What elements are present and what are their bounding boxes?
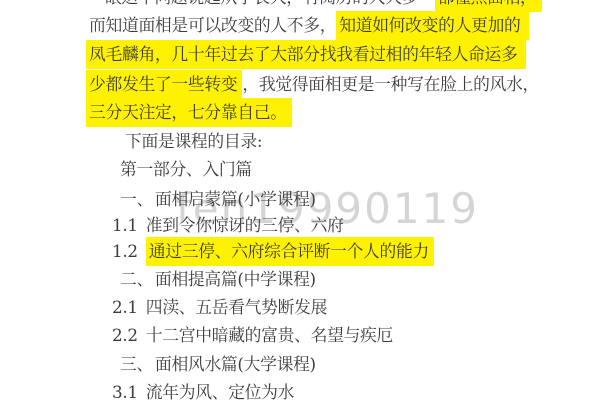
toc-intro-text: 下面是课程的目录: [125, 131, 262, 151]
toc-item-number: 1.1 [112, 214, 138, 236]
paragraph-line-2: 而知道面相是可以改变的人不多，知道如何改变的人更加的 [89, 14, 529, 36]
toc-section-label: 二、 [120, 268, 153, 290]
toc-section-text: 面相启蒙篇(小学课程) [155, 189, 316, 209]
toc-item-number: 1.2 [112, 240, 138, 262]
toc-part1-text: 第一部分、入门篇 [120, 159, 252, 179]
paragraph-line-3: 凤毛麟角，几十年过去了大部分找我看过相的年轻人命运多 [86, 43, 526, 65]
toc-item-2-2: 2.2十二宫中暗藏的富贵、名望与疾厄 [112, 324, 393, 346]
paragraph-line-4-text: ，我觉得面相更是一种写在脸上的风水， [242, 74, 539, 94]
highlighted-text: 凤毛麟角，几十年过去了大部分找我看过相的年轻人命运多 [86, 40, 526, 69]
toc-item-text: 十二宫中暗藏的富贵、名望与疾厄 [146, 325, 393, 345]
highlighted-text: 通过三停、六府综合评断一个人的能力 [146, 237, 434, 266]
toc-item-number: 3.1 [112, 381, 138, 400]
toc-section-label: 一、 [120, 188, 153, 210]
toc-section-2: 二、面相提高篇(中学课程) [120, 268, 316, 290]
paragraph-line-4: 少都发生了一些转变，我觉得面相更是一种写在脸上的风水， [86, 73, 539, 95]
toc-item-text: 四渎、五岳看气势断发展 [146, 297, 327, 317]
toc-section-label: 三、 [120, 353, 153, 375]
highlighted-text: 三分天注定，七分靠自己。 [86, 98, 292, 127]
paragraph-line-5: 三分天注定，七分靠自己。 [86, 101, 292, 123]
toc-section-text: 面相风水篇(大学课程) [155, 354, 316, 374]
toc-item-number: 2.1 [112, 296, 138, 318]
toc-part1-heading: 第一部分、入门篇 [120, 158, 252, 180]
document-page: fen19990119 眼这个问题说起从小长大，有阅历的人大多 都懂点面相， 而… [0, 0, 600, 400]
toc-intro: 下面是课程的目录: [125, 130, 262, 152]
highlighted-text: 知道如何改变的人更加的 [336, 11, 528, 40]
toc-section-3: 三、面相风水篇(大学课程) [120, 353, 316, 375]
toc-section-1: 一、面相启蒙篇(小学课程) [120, 188, 316, 210]
paragraph-line-1-text: 眼这个问题说起从小长大，有阅历的人大多 [105, 0, 435, 7]
highlighted-text: 少都发生了一些转变 [86, 70, 242, 99]
paragraph-line-1-clipped: 眼这个问题说起从小长大，有阅历的人大多 都懂点面相， [105, 0, 542, 8]
toc-item-1-1: 1.1准到令你惊讶的三停、六府 [112, 214, 344, 236]
toc-item-text: 流年为风、定位为水 [146, 382, 294, 400]
toc-item-number: 2.2 [112, 324, 138, 346]
toc-item-2-1: 2.1四渎、五岳看气势断发展 [112, 296, 327, 318]
toc-item-text: 准到令你惊讶的三停、六府 [146, 215, 344, 235]
toc-section-text: 面相提高篇(中学课程) [155, 269, 316, 289]
toc-item-1-2: 1.2通过三停、六府综合评断一个人的能力 [112, 240, 434, 262]
toc-item-3-1: 3.1流年为风、定位为水 [112, 381, 294, 400]
paragraph-line-2-text: 而知道面相是可以改变的人不多， [89, 15, 336, 35]
